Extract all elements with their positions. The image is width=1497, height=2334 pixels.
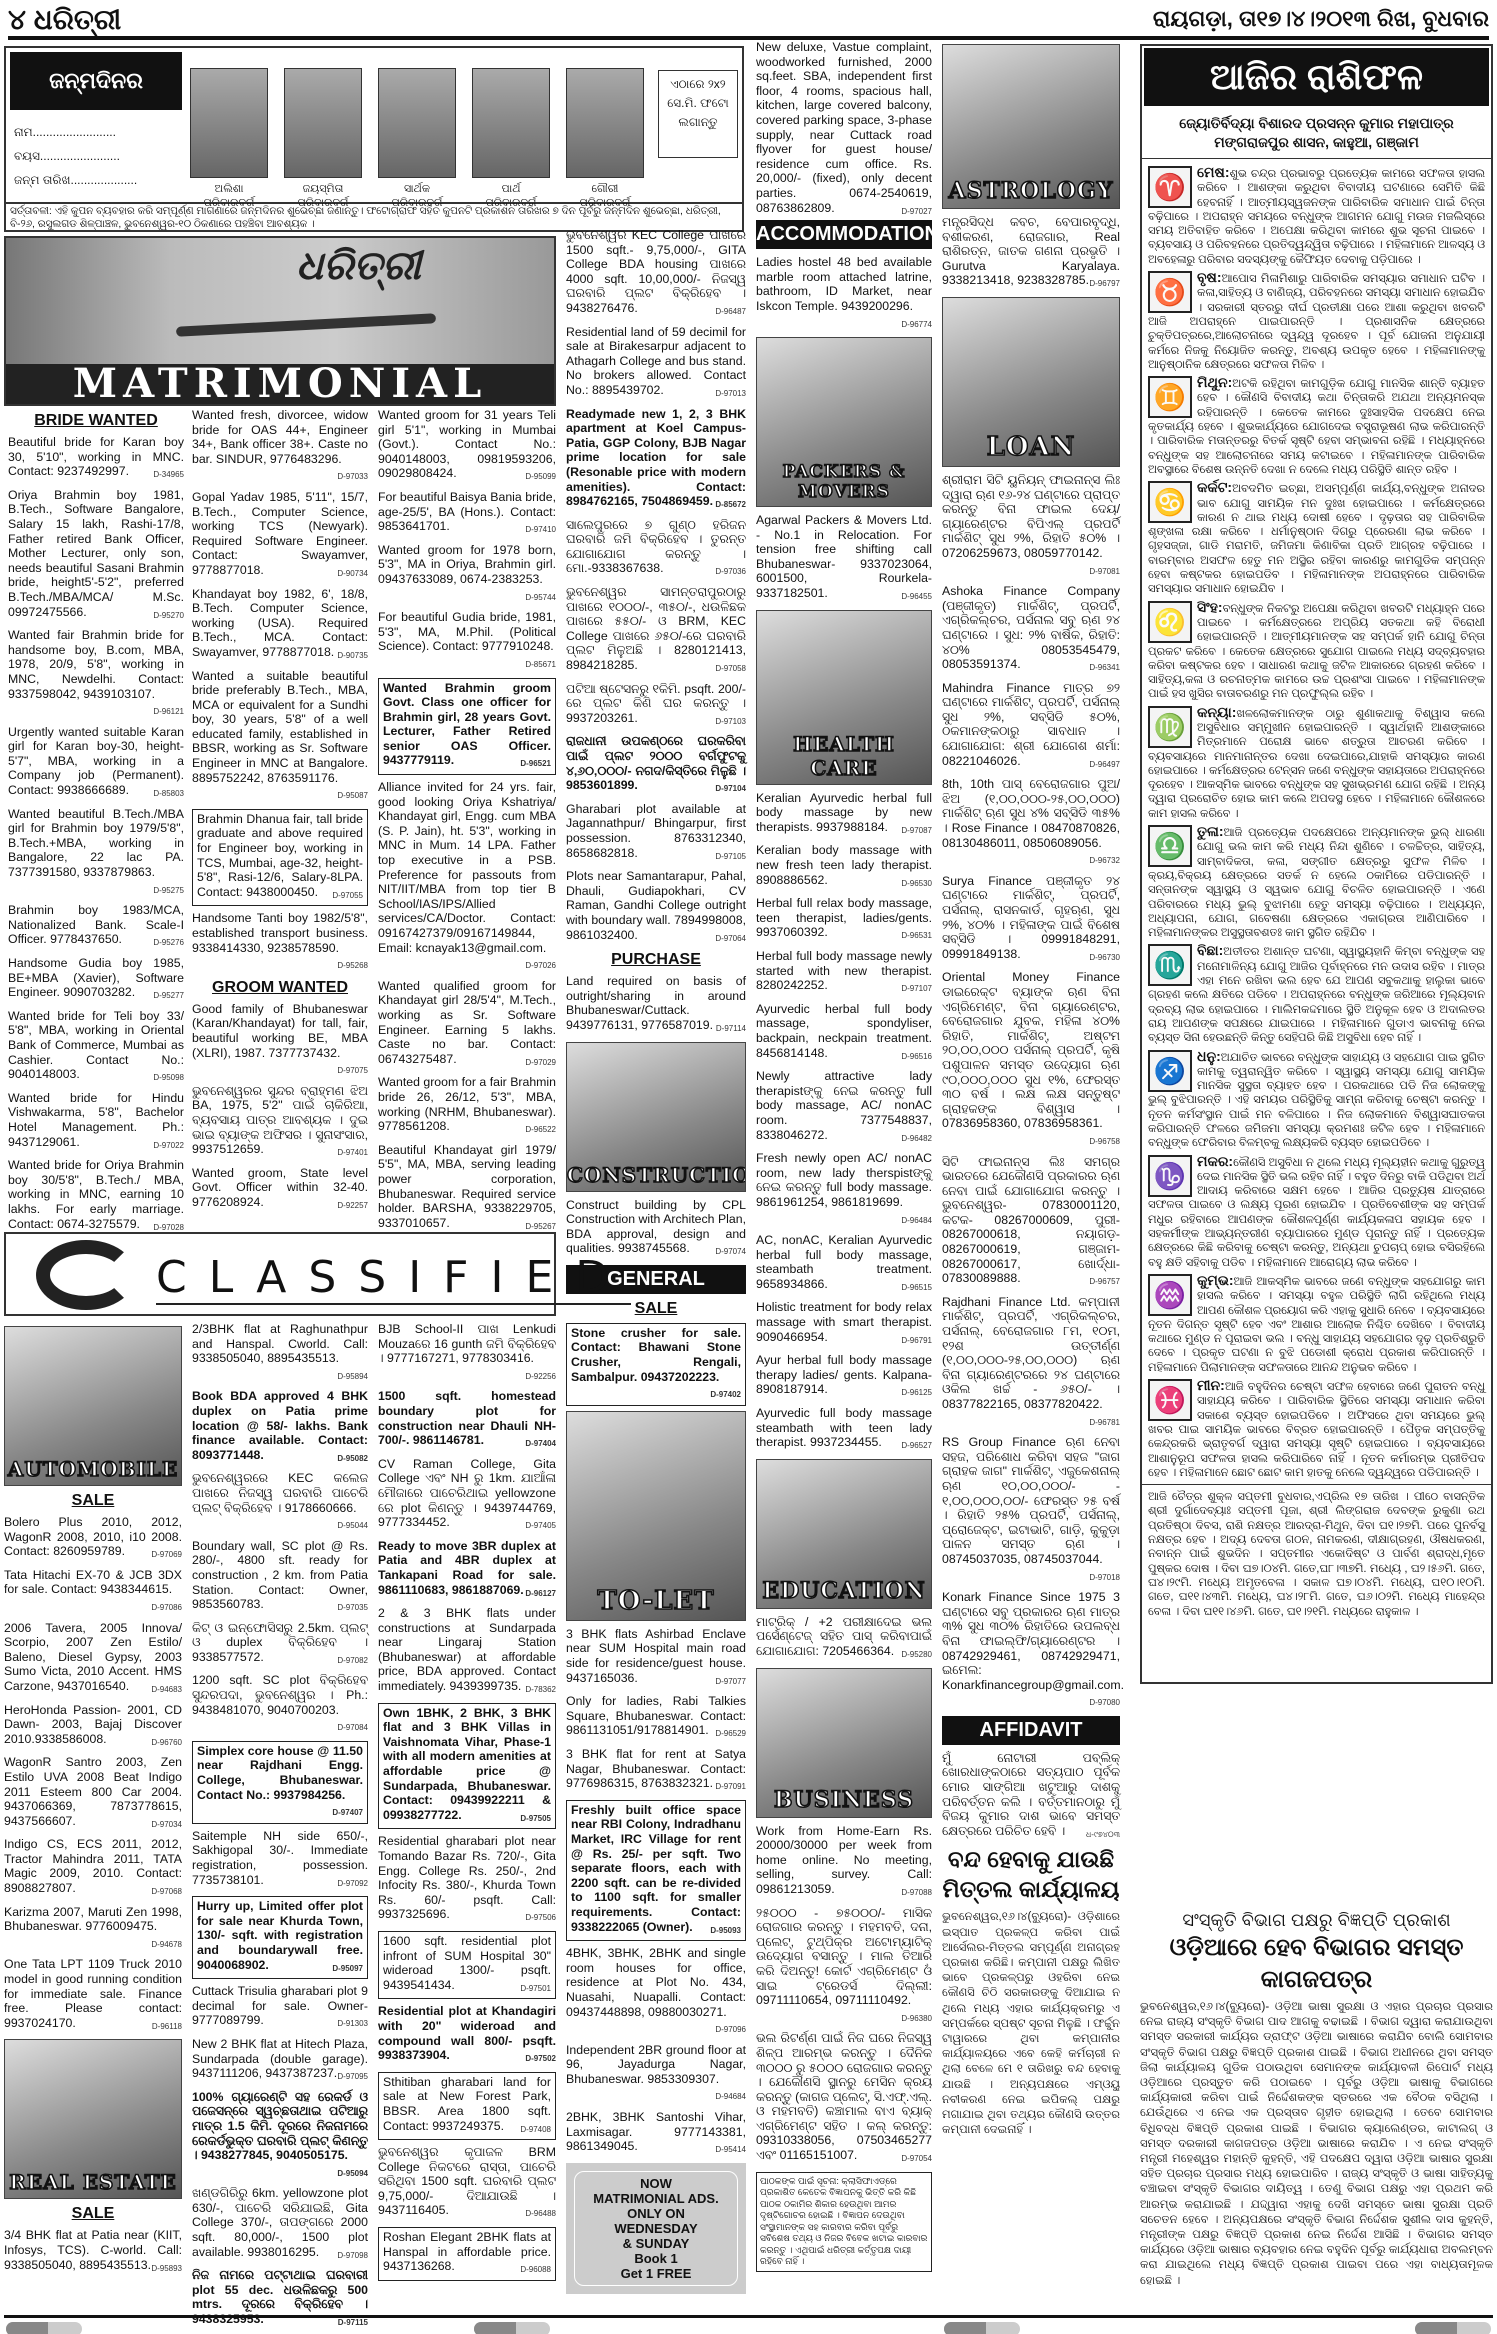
ad-code: D-95275 bbox=[153, 884, 184, 899]
ad-code: D-96521 bbox=[520, 757, 551, 772]
ad-code: D-97082 bbox=[337, 1654, 368, 1669]
ad-code: D-91303 bbox=[337, 2017, 368, 2032]
ad-code: D-97081 bbox=[1089, 565, 1120, 580]
accommodation-header: ACCOMMODATION bbox=[756, 220, 932, 249]
ad-text: 4BHK, 3BHK, 2BHK and single room houses … bbox=[566, 1946, 746, 2018]
ad-text: BJB School-II ପାଖ Lenkudi Mouzaରେ 16 gun… bbox=[378, 1322, 556, 1365]
ad-code: D-96730 bbox=[1089, 951, 1120, 966]
ad-text: Readymade new 1, 2, 3 BHK apartment at K… bbox=[566, 407, 746, 509]
rashi-name: ମେଷ: bbox=[1197, 164, 1229, 180]
classified-ad: Fresh newly open AC/ nonAC room, new lad… bbox=[756, 1151, 932, 1228]
ad-code: D-97086 bbox=[151, 1601, 182, 1616]
zodiac-6-icon: ♍ bbox=[1148, 706, 1192, 748]
ad-text: 100% ଗ୍ୟାରେଣ୍ଟି ସହ ରେକର୍ଡ ଓ ପଜେସନ୍‌ରେ ସ୍… bbox=[192, 2090, 368, 2162]
ad-text: Handsome Tanti boy 1982/5'8", establishe… bbox=[192, 911, 368, 954]
ad-code: D-78362 bbox=[525, 1683, 556, 1698]
image-label: ASTROLOGY bbox=[943, 178, 1119, 204]
rashi-name: କୁମ୍ଭ: bbox=[1197, 1272, 1234, 1288]
photo-placeholder: ଏଠାରେ ୨x୨ ସେ.ମି. ଫଟୋ ଲଗାନ୍ତୁ bbox=[658, 70, 738, 158]
ad-text: ଶ୍ରୀରାମ ସିଟି ୟୁନିୟନ୍ ଫାଇନାନ୍ସ ଲିଃ ଦ୍ୱାରା… bbox=[942, 473, 1120, 560]
classified-ad: For beautiful Baisya Bania bride, age-25… bbox=[378, 490, 556, 538]
classified-ad: Konark Finance Since 1975 3 ଘଣ୍ଟାରେ ସବୁ … bbox=[942, 1590, 1120, 1711]
classified-ad: Wanted bride for Hindu Vishwakarma, 5'8"… bbox=[8, 1091, 184, 1153]
matrimonial-title: MATRIMONIAL bbox=[6, 364, 554, 404]
ad-text: Ladies hostel 48 bed available marble ro… bbox=[756, 255, 932, 313]
ad-code: D-96527 bbox=[901, 1439, 932, 1454]
ad-text: Wanted a suitable beautiful bride prefer… bbox=[192, 669, 368, 785]
image-label: EDUCATION bbox=[757, 1578, 931, 1604]
classified-ad: ଭୁବନେଶ୍ୱରରେ KEC କଲେଜ ପାଖରେ ନିଜସ୍ୱ ଘରବାରି… bbox=[192, 1471, 368, 1533]
ad-code: D-94683 bbox=[151, 1683, 182, 1698]
classified-ad: Mahindra Finance ମାତ୍ର ୭୨ ଘଣ୍ଟାରେ ମାର୍କଶ… bbox=[942, 681, 1120, 773]
matrimonial-col-3: Wanted groom for 31 years Teli girl 5'1"… bbox=[378, 408, 556, 1239]
automobile-image_label-image: AUTOMOBILE bbox=[4, 1326, 182, 1486]
classified-ad: Ayurvedic full body massage steambath wi… bbox=[756, 1406, 932, 1454]
ad-code: D-90735 bbox=[337, 649, 368, 664]
rashi-text: ବନ୍ଧୁଙ୍କ ନିକଟରୁ ଅପେକ୍ଷା କରିଥିବା ଖବରଟି ମଧ… bbox=[1148, 603, 1485, 701]
rashi-entry: ♓ମୀନ:ଆଜି ବହୁଦିନର ଚେଷ୍ଟା ସଫଳ ହେବାରେ ଜଣେ ପ… bbox=[1148, 1378, 1485, 1480]
ad-code: D-97036 bbox=[715, 565, 746, 580]
ad-code: D-97115 bbox=[338, 2316, 368, 2331]
promo-line: & SUNDAY bbox=[579, 2236, 733, 2251]
affidavit-code: ଧ-୯୭୪୦୩ bbox=[1086, 1828, 1120, 1843]
rashifal-title: ଆଜିର ରାଶିଫଳ bbox=[1144, 48, 1489, 106]
promo-line: Get 1 FREE bbox=[579, 2266, 733, 2281]
rashi-name: କର୍କଟ: bbox=[1197, 479, 1232, 495]
construction-image_label-image: CONSTRUCTION bbox=[566, 1042, 746, 1192]
image-label: CONSTRUCTION bbox=[567, 1163, 745, 1187]
ad-code: D-96758 bbox=[1089, 1135, 1120, 1150]
ad-text: RS Group Finance ଋଣ ନେବା ସହଜ, ପରିଶୋଧ କରି… bbox=[942, 1435, 1120, 1566]
ad-code: D-97506 bbox=[525, 1911, 556, 1926]
realestate-sale-header: SALE bbox=[4, 2205, 182, 2223]
ad-text: Fresh newly open AC/ nonAC room, new lad… bbox=[756, 1151, 932, 1209]
ad-code: D-97074 bbox=[715, 1245, 746, 1260]
ad-text: ଭଲ ରିଟର୍ଣ୍ଣ ପାଇଁ ନିଜ ଘରେ ନିଜସ୍ୱ ଶିଳ୍ପ ଆର… bbox=[756, 2031, 932, 2162]
rashi-entry: ♈ମେଷ:ଶୁଭ ଚନ୍ଦ୍ର ପ୍ରଭାବରୁ ପ୍ରତ୍ୟେକ କାମରେ … bbox=[1148, 165, 1485, 267]
ad-code: D-95268 bbox=[337, 959, 368, 974]
ad-code: D-97404 bbox=[525, 1437, 556, 1452]
ad-code: D-96529 bbox=[715, 1727, 746, 1742]
promo-line: ONLY ON bbox=[579, 2206, 733, 2221]
classified-ad: Ayurvedic herbal full body massage, spon… bbox=[756, 1002, 932, 1064]
ad-code: D-97054 bbox=[901, 2152, 932, 2167]
ad-code: D-97107 bbox=[901, 982, 932, 997]
ad-code: D-96732 bbox=[1089, 854, 1120, 869]
ad-code: D-96455 bbox=[901, 590, 932, 605]
classified-ad: Readymade new 1, 2, 3 BHK apartment at K… bbox=[566, 407, 746, 513]
classified-ad: Herbal full relax body massage, teen the… bbox=[756, 896, 932, 944]
ad-code: D-97058 bbox=[715, 662, 746, 677]
ad-code: D-97502 bbox=[525, 2052, 556, 2067]
rashi-name: ବିଛା: bbox=[1197, 942, 1223, 958]
zodiac-4-icon: ♋ bbox=[1148, 481, 1192, 523]
ad-code: D-97064 bbox=[715, 932, 746, 947]
ad-code: D-95276 bbox=[153, 936, 184, 951]
ad-text: Wanted groom for 1978 born, 5'3", MA in … bbox=[378, 543, 556, 586]
zodiac-5-icon: ♌ bbox=[1148, 601, 1192, 643]
ad-code: D-94684 bbox=[715, 2090, 746, 2105]
ad-text: 2/3BHK flat at Raghunathpur and Hanspal.… bbox=[192, 1322, 368, 1365]
ad-text: Brahmin Dhanua fair, tall bride graduate… bbox=[197, 812, 363, 899]
ad-code: D-95097 bbox=[332, 1962, 363, 1977]
mittal-headline: ବନ୍ଦ ହେବାକୁ ଯାଉଛି ମିତ୍ତଲ କାର୍ଯ୍ୟାଳୟ bbox=[942, 1844, 1120, 1904]
ad-code: D-96516 bbox=[901, 1050, 932, 1065]
ad-text: Gopal Yadav 1985, 5'11", 15/7, B.Tech., … bbox=[192, 490, 368, 577]
image-label: AUTOMOBILE bbox=[5, 1457, 181, 1481]
astrology-image_label-image: ASTROLOGY bbox=[942, 44, 1120, 209]
classified-ad: ଶ୍ରୀରାମ ସିଟି ୟୁନିୟନ୍ ଫାଇନାନ୍ସ ଲିଃ ଦ୍ୱାରା… bbox=[942, 473, 1120, 579]
ad-text: ୨୫୦୦୦ - ୭୫୦୦୦/- ମାସିକ ରୋଜଗାର କରନ୍ତୁ । ମହ… bbox=[756, 1906, 932, 2008]
classified-ad: Herbal full body massage newly started w… bbox=[756, 949, 932, 997]
ad-text: Wanted Brahmin groom Govt. Class one off… bbox=[383, 681, 551, 768]
education-image_label-image: EDUCATION bbox=[756, 1459, 932, 1609]
photo-5 bbox=[566, 68, 644, 178]
age-field: ବୟସ........................ bbox=[14, 144, 137, 168]
ad-code: D-96781 bbox=[1089, 1416, 1120, 1431]
classified-ad: Handsome Gudia boy 1985, BE+MBA (Xavier)… bbox=[8, 956, 184, 1004]
zodiac-3-icon: ♊ bbox=[1148, 376, 1192, 418]
ad-text: New deluxe, Vastue complaint, woodworked… bbox=[756, 40, 932, 215]
ad-code: D-95893 bbox=[151, 2262, 182, 2277]
ad-code: D-96125 bbox=[901, 1386, 932, 1401]
ad-text: Wanted fresh, divorcee, widow bride for … bbox=[192, 408, 368, 466]
packers-image_label-image: PACKERS & MOVERS bbox=[756, 337, 932, 507]
photo-1 bbox=[190, 68, 268, 178]
ad-text: Oriya Brahmin boy 1981, B.Tech., Softwar… bbox=[8, 488, 184, 619]
rashi-text: ଶୁଭ ଚନ୍ଦ୍ର ପ୍ରଭାବରୁ ପ୍ରତ୍ୟେକ କାମରେ ସଫଳତା… bbox=[1148, 168, 1485, 266]
classified-ad: Work from Home-Earn Rs. 20000/30000 per … bbox=[756, 1824, 932, 1901]
ad-text: For beautiful Gudia bride, 1981, 5'3", M… bbox=[378, 610, 556, 653]
ad-code: D-97505 bbox=[520, 1812, 551, 1827]
ad-code: D-96127 bbox=[525, 1587, 556, 1602]
classified-ad: Residential land of 59 decimil for sale … bbox=[566, 325, 746, 402]
classified-ad: ନିଜ ନାମରେ ପଟ୍ଟାଥାଇ ଘରବାରୀ plot 55 dec. ଧ… bbox=[192, 2268, 368, 2330]
ad-code: D-97408 bbox=[520, 2123, 551, 2138]
classified-ad: ଭୁବନେଶ୍ୱର କୃପାଜଳ BRM College ନିକଟରେ ରାସ୍… bbox=[378, 2145, 556, 2222]
rashi-name: ମକର: bbox=[1197, 1153, 1233, 1169]
ad-code: D-96487 bbox=[715, 305, 746, 320]
rashi-entry: ♐ଧନୁ:ଅଯାଚିତ ଭାବରେ ବନ୍ଧୁଙ୍କ ସାହାଯ୍ୟ ଓ ସହଯ… bbox=[1148, 1049, 1485, 1151]
ad-text: Wanted qualified groom for Khandayat gir… bbox=[378, 979, 556, 1066]
classified-ad: 3 BHK flat for rent at Satya Nagar, Bhub… bbox=[566, 1747, 746, 1795]
ad-text: Alliance invited for 24 yrs. fair, good … bbox=[378, 780, 556, 955]
ad-code: D-96797 bbox=[1089, 277, 1120, 292]
classified-ad: ମନ୍ତ୍ରସିଦ୍ଧ କବଚ, ବେପାରବୃଦ୍ଧି, ବଶୀକରଣ, ରୋ… bbox=[942, 215, 1120, 292]
classified-ad: New deluxe, Vastue complaint, woodworked… bbox=[756, 40, 932, 215]
rashi-entry: ♏ବିଛା:ଅତୀତର ଅଶାନ୍ତ ଘଟଣା, ସ୍ୱାସ୍ଥ୍ୟହାନି କ… bbox=[1148, 943, 1485, 1045]
ad-text: Wanted beautiful B.Tech./MBA girl for Br… bbox=[8, 807, 184, 879]
rashi-text: କୌଣସି ଅସୁବିଧା ନ ଥିଲେ ମଧ୍ୟ ମୂଲ୍ୟହୀନ କଥାକୁ… bbox=[1148, 1157, 1485, 1269]
ad-text: Simplex core house @ 11.50 near Rajdhani… bbox=[197, 1744, 363, 1802]
classified-ad: Surya Finance ପଞ୍ଜୀକୃତ ୨୪ ଘଣ୍ଟାରେ ମାର୍କଶ… bbox=[942, 874, 1120, 966]
zodiac-1-icon: ♈ bbox=[1148, 166, 1192, 208]
classified-ad: 100% ଗ୍ୟାରେଣ୍ଟି ସହ ରେକର୍ଡ ଓ ପଜେସନ୍‌ରେ ସ୍… bbox=[192, 2090, 368, 2182]
classified-banner: CLASSIFIED bbox=[4, 1232, 556, 1316]
classified-ad: Ashoka Finance Company (ପଞ୍ଜୀକୃତ) ମାର୍କଶ… bbox=[942, 584, 1120, 676]
matrimonial-col-2: Wanted fresh, divorcee, widow bride for … bbox=[192, 408, 368, 1219]
bride-wanted-header: BRIDE WANTED bbox=[8, 412, 184, 430]
ad-code: D-95094 bbox=[337, 2167, 368, 2182]
ad-code: D-97410 bbox=[525, 523, 556, 538]
ad-code: D-96531 bbox=[901, 929, 932, 944]
ad-text: Freshly built office space near RBI Colo… bbox=[571, 1803, 741, 1934]
ad-text: Own 1BHK, 2 BHK, 3 BHK flat and 3 BHK Vi… bbox=[383, 1706, 551, 1822]
ad-code: D-85672 bbox=[715, 498, 746, 513]
ad-code: D-95087 bbox=[337, 789, 368, 804]
ad-code: D-97033 bbox=[337, 470, 368, 485]
ad-text: Good family of Bhubaneswar (Karan/Khanda… bbox=[192, 1002, 368, 1060]
ad-code: D-96088 bbox=[520, 2263, 551, 2278]
classified-ad: Residential gharabari plot near Tomando … bbox=[378, 1834, 556, 1926]
rashifal-author: ଜ୍ୟୋତିର୍ବିଦ୍ୟା ବିଶାରଦ ପ୍ରସନ୍ନ କୁମାର ମହାପ… bbox=[1142, 108, 1491, 159]
classified-ad: Plots near Samantarapur, Pahal, Dhauli, … bbox=[566, 869, 746, 946]
affidavit-header: AFFIDAVIT bbox=[942, 1716, 1120, 1745]
ad-code: D-97087 bbox=[901, 824, 932, 839]
rashi-entry: ♌ସିଂହ:ବନ୍ଧୁଙ୍କ ନିକଟରୁ ଅପେକ୍ଷା କରିଥିବା ଖବ… bbox=[1148, 600, 1485, 702]
classified-ad: Simplex core house @ 11.50 near Rajdhani… bbox=[192, 1741, 368, 1824]
page-scroll-indicator-1[interactable] bbox=[6, 2322, 82, 2334]
ad-code: D-97501 bbox=[520, 1982, 551, 1997]
classified-ad: Ayur herbal full body massage therapy la… bbox=[756, 1353, 932, 1401]
ad-code: D-95894 bbox=[337, 1370, 368, 1385]
rashi-text: ଆଜି ବହୁଦିନର ଚେଷ୍ଟା ସଫଳ ହେବାରେ ଜଣେ ପୁରାତନ… bbox=[1148, 1381, 1485, 1479]
affidavit-ad: ମୁଁ ନୋଟାରୀ ପବ୍ଲିକ୍ ଖୋରଧାଙ୍କଠାରେ ସତ୍ୟପାଠ … bbox=[942, 1751, 1120, 1839]
classified-ad: Wanted beautiful B.Tech./MBA girl for Br… bbox=[8, 807, 184, 899]
health-image_label-image: HEALTH CARE bbox=[756, 610, 932, 785]
rashi-entry: ♎ତୁଳା:ଆଜି ପ୍ରତ୍ୟେକ ପଦକ୍ଷେପରେ ଅନ୍ୟମାନଙ୍କ … bbox=[1148, 824, 1485, 940]
reader-disclaimer: ପାଠକଙ୍କ ପାଇଁ ସୂଚନା: କ୍ଲାସିଫାଏଡ୍‌ରେ ପ୍ରକା… bbox=[756, 2172, 932, 2272]
rashi-entry: ♍କନ୍ୟା:ଖଳଲୋକମାନଙ୍କ ଠାରୁ ଶୁଣାକଥାକୁ ବିଶ୍ୱା… bbox=[1148, 705, 1485, 821]
mittal-body: ଭୁବନେଶ୍ୱର,୧୬।୪(ବ୍ୟୁରୋ)- ଓଡ଼ିଶାରେ ଇସ୍ପାତ … bbox=[942, 1910, 1120, 2138]
rashi-text: ଖଳଲୋକମାନଙ୍କ ଠାରୁ ଶୁଣାକଥାକୁ ବିଶ୍ୱାସ କଲେ ଅ… bbox=[1148, 708, 1485, 820]
ad-code: D-95414 bbox=[715, 2143, 746, 2158]
ad-code: D-96774 bbox=[901, 318, 932, 333]
promo-box: NOWMATRIMONIAL ADS.ONLY ONWEDNESDAY& SUN… bbox=[566, 2163, 746, 2294]
classified-ad: Gopal Yadav 1985, 5'11", 15/7, B.Tech., … bbox=[192, 490, 368, 582]
classified-ad: Wanted bride for Teli boy 33/ 5'8", MBA,… bbox=[8, 1009, 184, 1086]
ad-code: D-97055 bbox=[332, 889, 363, 904]
ad-text: ସିଟି ଫାଇନାନ୍ସ ଲିଃ ସମଗ୍ର ଭାରତରେ ଯେକୌଣସି ପ… bbox=[942, 1155, 1120, 1286]
dob-field: ଜନ୍ମ ତାରିଖ.................... bbox=[14, 168, 137, 192]
zodiac-12-icon: ♓ bbox=[1148, 1379, 1192, 1421]
rashi-list: ♈ମେଷ:ଶୁଭ ଚନ୍ଦ୍ର ପ୍ରଭାବରୁ ପ୍ରତ୍ୟେକ କାମରେ … bbox=[1142, 159, 1491, 1480]
classified-ad: Stone crusher for sale. Contact: Bhawani… bbox=[566, 1323, 746, 1406]
image-label: PACKERS & MOVERS bbox=[757, 462, 931, 502]
birthday-title: ଜନ୍ମଦିନର ଶୁଭେଚ୍ଛା bbox=[10, 52, 182, 110]
classified-ad: Beautiful bride for Karan boy 30, 5'10",… bbox=[8, 435, 184, 483]
classified-ad: 4BHK, 3BHK, 2BHK and single room houses … bbox=[566, 1946, 746, 2038]
classified-ad: Wanted fresh, divorcee, widow bride for … bbox=[192, 408, 368, 485]
rashi-text: ଅଟକି ରହିଥିବା କାମଗୁଡ଼ିକ ଯୋଗୁ ମାନସିକ ଶାନ୍ତ… bbox=[1148, 378, 1485, 476]
classified-ad: ଭୁବନେଶ୍ୱର KEC College ପାଖରେ 1500 sqft.- … bbox=[566, 228, 746, 320]
image-label: LOAN bbox=[943, 432, 1119, 462]
classified-ad: HeroHonda Passion- 2001, CD Dawn- 2003, … bbox=[4, 1703, 182, 1751]
ad-code: D-97027 bbox=[901, 205, 932, 220]
classified-ad: Hurry up, Limited offer plot for sale ne… bbox=[192, 1896, 368, 1979]
classified-ad: Beautiful Khandayat girl 1979/ 5'5", MA,… bbox=[378, 1143, 556, 1235]
classified-ad: Book BDA approved 4 BHK duplex on Patia … bbox=[192, 1389, 368, 1466]
classified-ad: ସିଟି ଫାଇନାନ୍ସ ଲିଃ ସମଗ୍ର ଭାରତରେ ଯେକୌଣସି ପ… bbox=[942, 1155, 1120, 1290]
classified-ad: 2/3BHK flat at Raghunathpur and Hanspal.… bbox=[192, 1322, 368, 1384]
shehnai-icon bbox=[176, 313, 436, 337]
ad-code: D-97022 bbox=[153, 1139, 184, 1154]
ad-code: D-97105 bbox=[715, 850, 746, 865]
banner-logo: ଧରିତ୍ରୀ bbox=[296, 244, 421, 289]
classified-ad: Karizma 2007, Maruti Zen 1998, Bhubanesw… bbox=[4, 1905, 182, 1953]
ad-code: D-97069 bbox=[151, 1548, 182, 1563]
realestate-image_label-image: REAL ESTATE bbox=[4, 2039, 182, 2199]
rashi-text: ଅଯାଚିତ ଭାବରେ ବନ୍ଧୁଙ୍କ ସାହାଯ୍ୟ ଓ ସହଯୋଗ ପା… bbox=[1148, 1052, 1485, 1150]
classified-ad: Brahmin Dhanua fair, tall bride graduate… bbox=[192, 809, 368, 907]
classified-ad: ଭୁବନେଶ୍ୱର ସାମନ୍ତରାପୁରଠାରୁ ପାଖରେ ୧୦୦୦/-, … bbox=[566, 585, 746, 677]
classified-ad: Wanted groom for 1978 born, 5'3", MA in … bbox=[378, 543, 556, 605]
classified-ad: 8th, 10th ପାସ୍ ବେରୋଜଗାର ପୁଅ/ଝିଅ (୧,୦୦,୦୦… bbox=[942, 777, 1120, 869]
promo-line: NOW bbox=[579, 2176, 733, 2191]
page-scroll-indicator-4[interactable] bbox=[1415, 2322, 1491, 2334]
ad-code: D-97405 bbox=[525, 1519, 556, 1534]
culture-kicker: ସଂସ୍କୃତି ବିଭାଗ ପକ୍ଷରୁ ବିଜ୍ଞପ୍ତି ପ୍ରକାଶ bbox=[1140, 1908, 1493, 1932]
classified-ad: One Tata LPT 1109 Truck 2010 model in go… bbox=[4, 1957, 182, 2034]
ad-code: D-95044 bbox=[337, 1519, 368, 1534]
photo-4 bbox=[472, 68, 550, 178]
classified-ad: WagonR Santro 2003, Zen Estilo UVA 2008 … bbox=[4, 1755, 182, 1832]
classified-ad: Construct building by CPL Construction w… bbox=[566, 1198, 746, 1260]
rashi-entry: ♊ମିଥୁନ:ଅଟକି ରହିଥିବା କାମଗୁଡ଼ିକ ଯୋଗୁ ମାନସି… bbox=[1148, 375, 1485, 477]
ad-text: Wanted fair Brahmin bride for handsome b… bbox=[8, 628, 184, 700]
classified-title: CLASSIFIED bbox=[156, 1252, 631, 1305]
ad-code: D-95277 bbox=[153, 989, 184, 1004]
ad-text: Ashoka Finance Company (ପଞ୍ଜୀକୃତ) ମାର୍କଶ… bbox=[942, 584, 1120, 671]
ad-code: D-97035 bbox=[337, 1601, 368, 1616]
ad-code: D-96118 bbox=[152, 2020, 182, 2035]
ad-code: D-97018 bbox=[1089, 1571, 1120, 1586]
page-scroll-indicator-3[interactable] bbox=[944, 2322, 1020, 2334]
page-scroll-indicator-2[interactable] bbox=[474, 2322, 550, 2334]
realestate-col-2: 2/3BHK flat at Raghunathpur and Hanspal.… bbox=[192, 1322, 368, 2334]
ad-code: D-96482 bbox=[901, 1132, 932, 1147]
business-image_label-image: BUSINESS bbox=[756, 1668, 932, 1818]
ad-code: D-92256 bbox=[525, 1370, 556, 1385]
rashi-text: ଅତୀତର ଅଶାନ୍ତ ଘଟଣା, ସ୍ୱାସ୍ଥ୍ୟହାନି କିମ୍ବା … bbox=[1148, 946, 1485, 1044]
ad-text: Agarwal Packers & Movers Ltd. - No.1 in … bbox=[756, 513, 932, 600]
ad-text: Mahindra Finance ମାତ୍ର ୭୨ ଘଣ୍ଟାରେ ମାର୍କଶ… bbox=[942, 681, 1120, 768]
ad-code: D-97080 bbox=[1089, 1696, 1120, 1711]
rashifal-panel: ଆଜିର ରାଶିଫଳ ଜ୍ୟୋତିର୍ବିଦ୍ୟା ବିଶାରଦ ପ୍ରସନ୍… bbox=[1140, 44, 1493, 1684]
classified-ad: Agarwal Packers & Movers Ltd. - No.1 in … bbox=[756, 513, 932, 605]
classified-ad: New 2 BHK flat at Hitech Plaza, Sundarpa… bbox=[192, 2037, 368, 2085]
classified-ad: Land required on basis of outright/shari… bbox=[566, 974, 746, 1036]
dateline: ରାୟଗଡ଼ା, ତା୧୭।୪।୨୦୧୩ ରିଖ, ବୁଧବାର bbox=[1153, 6, 1489, 32]
ad-text: 1200 sqft. SC plot ବିକ୍ରିହେବ ସୁନ୍ଦରପଦା, … bbox=[192, 1673, 368, 1716]
ad-code: D-85671 bbox=[525, 658, 556, 673]
classified-ad: Wanted Brahmin groom Govt. Class one off… bbox=[378, 678, 556, 776]
image-label: BUSINESS bbox=[757, 1787, 931, 1813]
rashi-text: ଆଜି ଆକସ୍ମିକ ଭାବରେ ଜଣେ ବନ୍ଧୁଙ୍କ ସହଯୋଗରୁ କ… bbox=[1148, 1276, 1485, 1374]
ad-code: D-92257 bbox=[337, 1199, 368, 1214]
classified-ad: Good family of Bhubaneswar (Karan/Khanda… bbox=[192, 1002, 368, 1079]
classified-c-icon bbox=[36, 1240, 136, 1310]
classified-ad: RS Group Finance ଋଣ ନେବା ସହଜ, ପରିଶୋଧ କରି… bbox=[942, 1435, 1120, 1585]
ad-code: D-96488 bbox=[525, 2207, 556, 2222]
ad-code: D-96484 bbox=[901, 1214, 932, 1229]
rashi-name: ମୀନ: bbox=[1197, 1377, 1225, 1393]
ad-code: D-97077 bbox=[715, 1675, 746, 1690]
classified-ad: Independent 2BR ground floor at 96, Jaya… bbox=[566, 2043, 746, 2105]
ad-code: D-97401 bbox=[337, 1146, 368, 1161]
classified-ad: CV Raman College, Gita College ଏବଂ NH ରୁ… bbox=[378, 1457, 556, 1534]
classified-ad: ପଟିଆ ଷ୍ଟେସନରୁ ୧କିମି. psqft. 200/-ରେ ପ୍ଲଟ… bbox=[566, 682, 746, 730]
realestate-col-3: BJB School-II ପାଖ Lenkudi Mouzaରେ 16 gun… bbox=[378, 1322, 556, 2286]
masthead: ୪ ଧରିତ୍ରୀ ରାୟଗଡ଼ା, ତା୧୭।୪।୨୦୧୩ ରିଖ, ବୁଧବ… bbox=[8, 0, 1489, 40]
ad-code: D-97103 bbox=[715, 715, 746, 730]
classified-ad: କିଟ୍ ଓ ଇନ୍‌ଫୋସିସରୁ 2.5km. ପ୍ଲଟ୍ ଓ duplex… bbox=[192, 1621, 368, 1669]
ad-code: D-95270 bbox=[153, 609, 184, 624]
ad-text: 8th, 10th ପାସ୍ ବେରୋଜଗାର ପୁଅ/ଝିଅ (୧,୦୦,୦୦… bbox=[942, 777, 1120, 849]
matrimonial-banner: ଧରିତ୍ରୀ MATRIMONIAL bbox=[4, 236, 556, 406]
panchang: ଆଜି ଚୈତ୍ର ଶୁକ୍ଳ ସପ୍ତମୀ ବୁଧବାର,ଏପ୍ରିଲ ୧୭ … bbox=[1142, 1484, 1491, 1624]
classified-ad: ଭଲ ରିଟର୍ଣ୍ଣ ପାଇଁ ନିଜ ଘରେ ନିଜସ୍ୱ ଶିଳ୍ପ ଆର… bbox=[756, 2031, 932, 2166]
ad-text: ଭୁବନେଶ୍ୱର ସାମନ୍ତରାପୁରଠାରୁ ପାଖରେ ୧୦୦୦/-, … bbox=[566, 585, 746, 672]
classified-ad: Wanted qualified groom for Khandayat gir… bbox=[378, 979, 556, 1071]
classified-ad: ରାଜଧାନୀ ଉପକଣ୍ଠରେ ଘରକରିବା ପାଇଁ ପ୍ଲଟ ୨୦୦୦ … bbox=[566, 734, 746, 796]
classified-ad: Residential plot at Khandagiri with 20" … bbox=[378, 2004, 556, 2066]
ad-code: D-96530 bbox=[901, 877, 932, 892]
ad-text: Karizma 2007, Maruti Zen 1998, Bhubanesw… bbox=[4, 1905, 182, 1934]
classified-ad: Rajdhani Finance Ltd. କମ୍ପାନୀ ମାର୍କଶିଟ୍,… bbox=[942, 1295, 1120, 1430]
rashi-name: ମିଥୁନ: bbox=[1197, 374, 1232, 390]
ad-code: D-96522 bbox=[525, 1123, 556, 1138]
ad-code: D-95082 bbox=[337, 1452, 368, 1467]
ad-code: D-97013 bbox=[715, 387, 746, 402]
classified-ad: 1600 sqft. residential plot infront of S… bbox=[378, 1931, 556, 1999]
rashi-name: କନ୍ୟା: bbox=[1197, 704, 1236, 720]
ad-code: D-97068 bbox=[151, 1885, 182, 1900]
rashi-entry: ♋କର୍କଟ:ଅବଦମିତ ଇଚ୍ଛା, ଅସମ୍ପୂର୍ଣ୍ଣ କାର୍ଯ୍ୟ… bbox=[1148, 480, 1485, 596]
image-label: REAL ESTATE bbox=[5, 2170, 181, 2194]
ad-code: D-97114 bbox=[716, 1022, 746, 1037]
image-label: HEALTH CARE bbox=[757, 732, 931, 780]
ad-text: 2 & 3 BHK flats under constructions at S… bbox=[378, 1606, 556, 1693]
rashi-text: ଆଜି ପ୍ରତ୍ୟେକ ପଦକ୍ଷେପରେ ଅନ୍ୟମାନଙ୍କ ଭୁଲ୍ ଧ… bbox=[1148, 827, 1485, 939]
classified-ad: For beautiful Gudia bride, 1981, 5'3", M… bbox=[378, 610, 556, 672]
matrimonial-col-1: BRIDE WANTED Beautiful bride for Karan b… bbox=[8, 408, 184, 1240]
ad-text: Oriental Money Finance ଡାଇରେକ୍ଟ ବ୍ୟାଙ୍କ … bbox=[942, 970, 1120, 1130]
accommodation-column: New deluxe, Vastue complaint, woodworked… bbox=[756, 40, 932, 2272]
classified-ad: Wanted a suitable beautiful bride prefer… bbox=[192, 669, 368, 804]
classified-ad: Saitemple NH side 650/-, Sakhigopal 30/-… bbox=[192, 1829, 368, 1891]
classified-ad: Brahmin boy 1983/MCA, Nationalized Bank.… bbox=[8, 903, 184, 951]
ad-code: D-85803 bbox=[153, 787, 184, 802]
classified-ad: ସାଲେପୁରରେ ୭ ଗୁଣ୍ଠ ହରିଜନ ଘରବାରି ଜମି ବିକ୍ର… bbox=[566, 518, 746, 580]
classified-ad: Indigo CS, ECS 2011, 2012, Tractor Mahin… bbox=[4, 1837, 182, 1899]
rashi-text: ଆପୋସ ମିଳାମିଶାରୁ ପାରିବାରିକ ସମସ୍ୟାର ସମାଧାନ… bbox=[1148, 273, 1485, 371]
rashi-name: ବୃଷ: bbox=[1197, 269, 1222, 285]
classified-ad: Roshan Elegant 2BHK flats at Hanspal in … bbox=[378, 2227, 556, 2281]
classified-ad: Handsome Tanti boy 1982/5'8", establishe… bbox=[192, 911, 368, 973]
photo-3 bbox=[378, 68, 456, 178]
ad-code: D-97407 bbox=[332, 1806, 363, 1821]
classified-ad: Tata Hitachi EX-70 & JCB 3DX for sale. C… bbox=[4, 1568, 182, 1616]
classified-ad: Own 1BHK, 2 BHK, 3 BHK flat and 3 BHK Vi… bbox=[378, 1703, 556, 1830]
ad-text: Beautiful Khandayat girl 1979/ 5'5", MA,… bbox=[378, 1143, 556, 1230]
classified-ad: Ready to move 3BR duplex at Patia and 4B… bbox=[378, 1539, 556, 1601]
classified-ad: Wanted groom for 31 years Teli girl 5'1"… bbox=[378, 408, 556, 485]
classified-ad: Only for ladies, Rabi Talkies Square, Bh… bbox=[566, 1694, 746, 1742]
birthday-fields: ନାମ......................... ବୟସ........… bbox=[14, 120, 137, 192]
loan-column: ASTROLOGYମନ୍ତ୍ରସିଦ୍ଧ କବଚ, ବେପାରବୃଦ୍ଧି, ବ… bbox=[942, 40, 1120, 2138]
zodiac-2-icon: ♉ bbox=[1148, 271, 1192, 313]
